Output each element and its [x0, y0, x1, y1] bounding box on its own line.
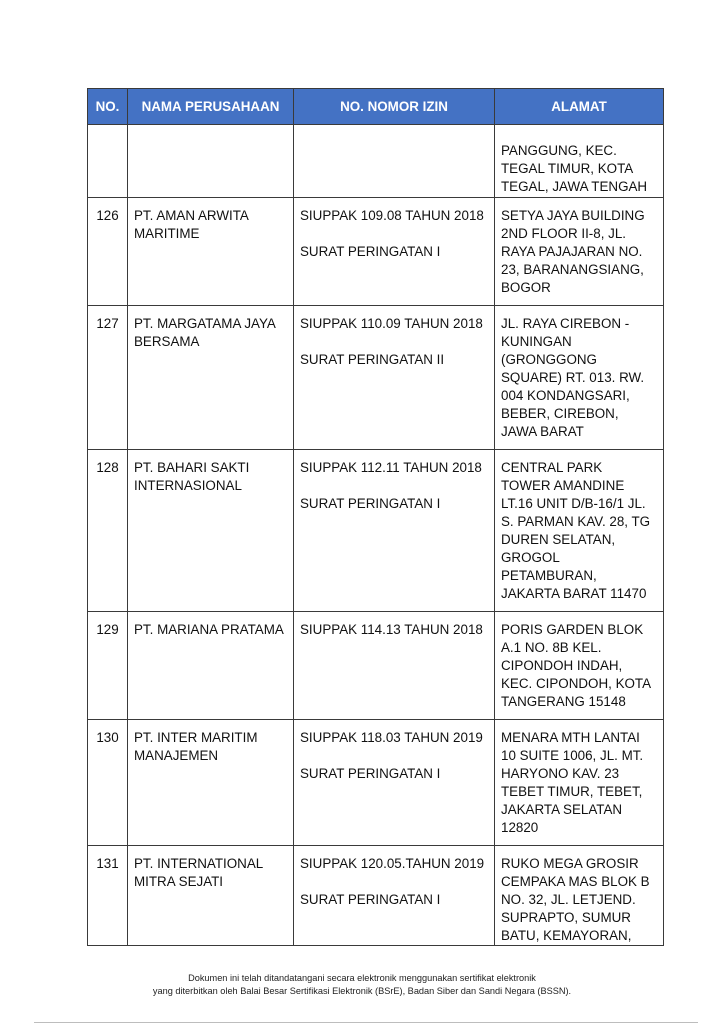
- cell-no: 126: [88, 198, 128, 306]
- table-row: 131 PT. INTERNATIONAL MITRA SEJATI SIUPP…: [88, 846, 664, 946]
- footer-line-2: yang diterbitkan oleh Balai Besar Sertif…: [0, 985, 724, 998]
- cell-no: [88, 125, 128, 198]
- table-row: 129 PT. MARIANA PRATAMA SIUPPAK 114.13 T…: [88, 612, 664, 720]
- permit-number: SIUPPAK 110.09 TAHUN 2018: [300, 315, 488, 333]
- permit-number: SIUPPAK 112.11 TAHUN 2018: [300, 459, 488, 477]
- cell-no: 129: [88, 612, 128, 720]
- address-line: LT.16 UNIT D/B-16/1 JL.: [501, 495, 657, 513]
- table-row: 127 PT. MARGATAMA JAYA BERSAMA SIUPPAK 1…: [88, 306, 664, 450]
- address-line: SQUARE) RT. 013. RW.: [501, 369, 657, 387]
- cell-no: 130: [88, 720, 128, 846]
- address-line: BATU, KEMAYORAN,: [501, 927, 657, 945]
- cell-permit: SIUPPAK 112.11 TAHUN 2018 SURAT PERINGAT…: [294, 450, 495, 612]
- sanction-status: SURAT PERINGATAN II: [300, 351, 488, 369]
- table-row-continuation: PANGGUNG, KEC. TEGAL TIMUR, KOTA TEGAL, …: [88, 125, 664, 198]
- address-line: TANGERANG 15148: [501, 693, 657, 711]
- sanction-status: SURAT PERINGATAN I: [300, 891, 488, 909]
- cell-company-name: PT. BAHARI SAKTI INTERNASIONAL: [128, 450, 294, 612]
- cell-no: 131: [88, 846, 128, 946]
- cell-address: PORIS GARDEN BLOK A.1 NO. 8B KEL. CIPOND…: [495, 612, 664, 720]
- address-line: S. PARMAN KAV. 28, TG: [501, 513, 657, 531]
- address-line: TEBET TIMUR, TEBET,: [501, 783, 657, 801]
- cell-permit: [294, 125, 495, 198]
- cell-company-name: [128, 125, 294, 198]
- permit-number: SIUPPAK 120.05.TAHUN 2019: [300, 855, 488, 873]
- cell-company-name: PT. INTERNATIONAL MITRA SEJATI: [128, 846, 294, 946]
- address-line: 2ND FLOOR II-8, JL.: [501, 225, 657, 243]
- e-signature-footer: Dokumen ini telah ditandatangani secara …: [0, 972, 724, 998]
- address-line: PORIS GARDEN BLOK: [501, 621, 657, 639]
- permit-number: SIUPPAK 114.13 TAHUN 2018: [300, 621, 488, 639]
- cell-company-name: PT. MARIANA PRATAMA: [128, 612, 294, 720]
- cell-permit: SIUPPAK 109.08 TAHUN 2018 SURAT PERINGAT…: [294, 198, 495, 306]
- header-company-name: NAMA PERUSAHAAN: [128, 89, 294, 125]
- sanction-status: SURAT PERINGATAN I: [300, 243, 488, 261]
- company-sanctions-table: NO. NAMA PERUSAHAAN NO. NOMOR IZIN ALAMA…: [87, 88, 664, 946]
- address-line: CENTRAL PARK: [501, 459, 657, 477]
- address-line: RAYA PAJAJARAN NO.: [501, 243, 657, 261]
- cell-no: 127: [88, 306, 128, 450]
- table-header-row: NO. NAMA PERUSAHAAN NO. NOMOR IZIN ALAMA…: [88, 89, 664, 125]
- table-row: 128 PT. BAHARI SAKTI INTERNASIONAL SIUPP…: [88, 450, 664, 612]
- sanction-status: SURAT PERINGATAN I: [300, 495, 488, 513]
- cell-company-name: PT. AMAN ARWITA MARITIME: [128, 198, 294, 306]
- address-line: NO. 32, JL. LETJEND.: [501, 891, 657, 909]
- address-line: HARYONO KAV. 23: [501, 765, 657, 783]
- table-row: 130 PT. INTER MARITIM MANAJEMEN SIUPPAK …: [88, 720, 664, 846]
- address-line: TEGAL, JAWA TENGAH: [501, 178, 657, 196]
- address-line: GROGOL: [501, 549, 657, 567]
- address-line: (GRONGGONG: [501, 351, 657, 369]
- table-row: 126 PT. AMAN ARWITA MARITIME SIUPPAK 109…: [88, 198, 664, 306]
- footer-divider: [34, 1022, 698, 1023]
- cell-permit: SIUPPAK 120.05.TAHUN 2019 SURAT PERINGAT…: [294, 846, 495, 946]
- cell-address: RUKO MEGA GROSIR CEMPAKA MAS BLOK B NO. …: [495, 846, 664, 946]
- address-line: SUPRAPTO, SUMUR: [501, 909, 657, 927]
- permit-number: SIUPPAK 118.03 TAHUN 2019: [300, 729, 488, 747]
- cell-no: 128: [88, 450, 128, 612]
- address-line: 23, BARANANGSIANG,: [501, 261, 657, 279]
- header-no: NO.: [88, 89, 128, 125]
- cell-address: JL. RAYA CIREBON - KUNINGAN (GRONGGONG S…: [495, 306, 664, 450]
- permit-number: SIUPPAK 109.08 TAHUN 2018: [300, 207, 488, 225]
- footer-line-1: Dokumen ini telah ditandatangani secara …: [0, 972, 724, 985]
- cell-address: PANGGUNG, KEC. TEGAL TIMUR, KOTA TEGAL, …: [495, 125, 664, 198]
- address-line: 10 SUITE 1006, JL. MT.: [501, 747, 657, 765]
- address-line: MENARA MTH LANTAI: [501, 729, 657, 747]
- cell-address: MENARA MTH LANTAI 10 SUITE 1006, JL. MT.…: [495, 720, 664, 846]
- sanction-status: SURAT PERINGATAN I: [300, 765, 488, 783]
- header-permit-number: NO. NOMOR IZIN: [294, 89, 495, 125]
- document-page: NO. NAMA PERUSAHAAN NO. NOMOR IZIN ALAMA…: [0, 0, 724, 1024]
- address-line: CEMPAKA MAS BLOK B: [501, 873, 657, 891]
- address-line: CIPONDOH INDAH,: [501, 657, 657, 675]
- address-line: TEGAL TIMUR, KOTA: [501, 160, 657, 178]
- cell-company-name: PT. MARGATAMA JAYA BERSAMA: [128, 306, 294, 450]
- address-line: JAKARTA SELATAN: [501, 801, 657, 819]
- cell-permit: SIUPPAK 114.13 TAHUN 2018: [294, 612, 495, 720]
- address-line: JAWA BARAT: [501, 423, 657, 441]
- address-line: SETYA JAYA BUILDING: [501, 207, 657, 225]
- address-line: PANGGUNG, KEC.: [501, 142, 657, 160]
- address-line: 004 KONDANGSARI,: [501, 387, 657, 405]
- address-line: PETAMBURAN,: [501, 567, 657, 585]
- address-line: A.1 NO. 8B KEL.: [501, 639, 657, 657]
- address-line: JL. RAYA CIREBON -: [501, 315, 657, 333]
- cell-address: SETYA JAYA BUILDING 2ND FLOOR II-8, JL. …: [495, 198, 664, 306]
- address-line: 12820: [501, 819, 657, 837]
- address-line: BOGOR: [501, 279, 657, 297]
- address-line: DUREN SELATAN,: [501, 531, 657, 549]
- header-address: ALAMAT: [495, 89, 664, 125]
- cell-address: CENTRAL PARK TOWER AMANDINE LT.16 UNIT D…: [495, 450, 664, 612]
- address-line: KUNINGAN: [501, 333, 657, 351]
- cell-permit: SIUPPAK 118.03 TAHUN 2019 SURAT PERINGAT…: [294, 720, 495, 846]
- address-line: JAKARTA BARAT 11470: [501, 585, 657, 603]
- address-line: TOWER AMANDINE: [501, 477, 657, 495]
- address-line: RUKO MEGA GROSIR: [501, 855, 657, 873]
- cell-company-name: PT. INTER MARITIM MANAJEMEN: [128, 720, 294, 846]
- address-line: KEC. CIPONDOH, KOTA: [501, 675, 657, 693]
- cell-permit: SIUPPAK 110.09 TAHUN 2018 SURAT PERINGAT…: [294, 306, 495, 450]
- address-line: BEBER, CIREBON,: [501, 405, 657, 423]
